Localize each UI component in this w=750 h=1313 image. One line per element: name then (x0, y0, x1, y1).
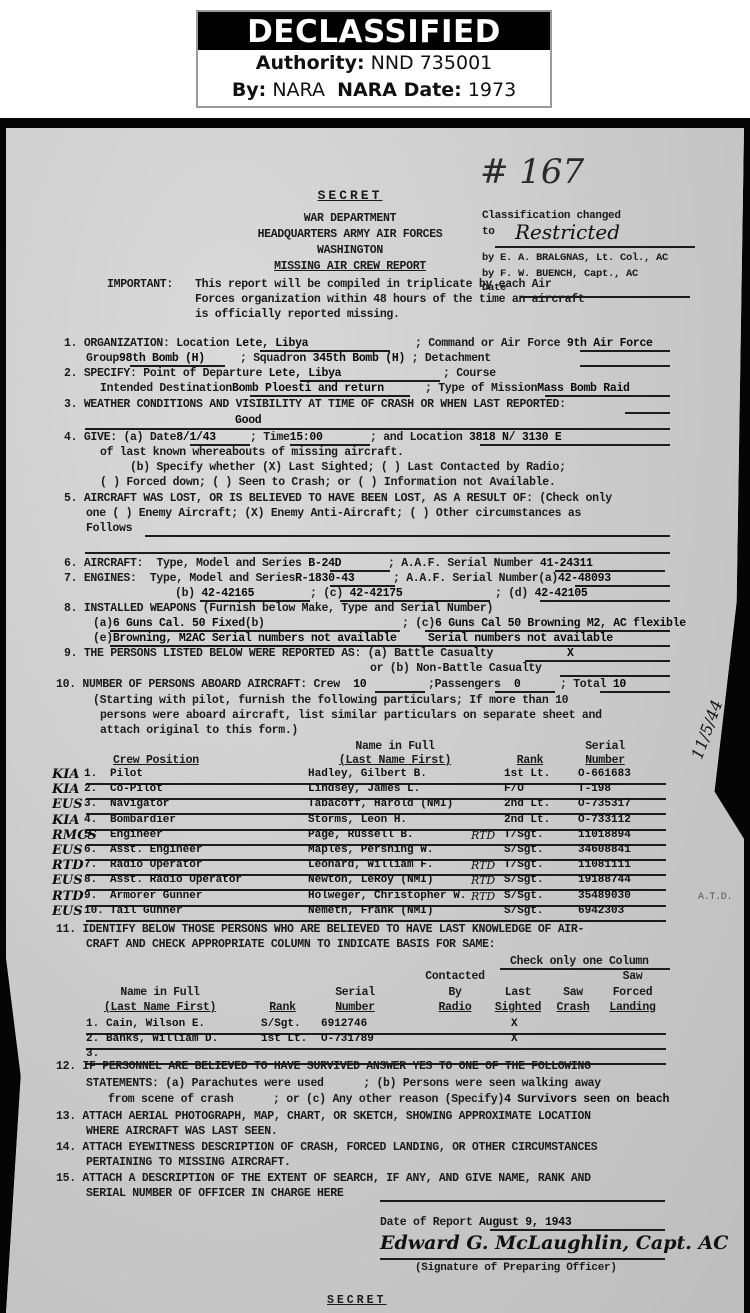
i11-header-name-bottom: (Last Name First) (95, 1001, 225, 1014)
crew-position: Asst. Radio Operator (110, 874, 242, 886)
header-line3: WASHINGTON (250, 244, 450, 257)
rule (560, 675, 670, 677)
item8-e: (e)Browning, M2AC Serial numbers not ava… (93, 632, 397, 645)
witness-num: 3. (86, 1048, 99, 1060)
item4-line2: of last known whereabouts of missing air… (100, 446, 404, 459)
crew-serial: 6942303 (578, 905, 624, 917)
crew-num: 3. (84, 798, 97, 810)
item5-line3: Follows (86, 522, 132, 535)
i11-header-forced-bottom: Landing (600, 1001, 665, 1014)
rule (480, 444, 670, 446)
witness-last-sighted-mark: X (511, 1018, 518, 1030)
crew-name: Storms, Leon H. (308, 814, 407, 826)
item4-line4: ( ) Forced down; ( ) Seen to Crash; or (… (100, 476, 555, 489)
item1-command: ; Command or Air Force 9th Air Force (415, 337, 653, 350)
crew-name: Nemeth, Frank (NMI) (308, 905, 433, 917)
item13-line2: WHERE AIRCRAFT WAS LAST SEEN. (86, 1125, 277, 1138)
handwritten-file-number: # 167 (480, 152, 584, 192)
crew-name: Lindsey, James L. (308, 783, 420, 795)
i11-header-radio-bottom: Radio (425, 1001, 485, 1014)
i11-header-forced-mid: Forced (600, 986, 665, 999)
item11-check-note: Check only one Column (510, 955, 649, 968)
crew-serial: 19188744 (578, 874, 631, 886)
crew-num: 8. (84, 874, 97, 886)
stamp-title: DECLASSIFIED (198, 12, 550, 50)
item1-squadron: ; Squadron 345th Bomb (H) ; Detachment (240, 352, 491, 365)
reclass-by1: by E. A. BRALGNAS, Lt. Col., AC (482, 252, 668, 264)
crew-position: Bombardier (110, 814, 176, 826)
witness-num: 1. (86, 1018, 99, 1030)
crew-status-annotation: RTD (52, 889, 84, 904)
item8-label: 8. INSTALLED WEAPONS (Furnish below Make… (64, 602, 493, 615)
item9-b: or (b) Non-Battle Casualty (370, 662, 542, 675)
crew-header-serial-top: Serial (570, 740, 640, 753)
crew-num: 5. (84, 829, 97, 841)
crew-name: Leonard, William F. (308, 859, 433, 871)
crew-rank: S/Sgt. (504, 874, 544, 886)
item4-date: 4. GIVE: (a) Date8/1/43 (64, 431, 216, 444)
item12-line3: from scene of crash ; or (c) Any other r… (108, 1093, 669, 1106)
item2-destination: Intended DestinationBomb Ploesti and ret… (100, 382, 384, 395)
important-line2: Forces organization within 48 hours of t… (195, 293, 584, 306)
item11-line2: CRAFT AND CHECK APPROPRIATE COLUMN TO IN… (86, 938, 495, 951)
crew-serial: 34608841 (578, 844, 631, 856)
rule (600, 691, 670, 693)
crew-num: 1. (84, 768, 97, 780)
witness-name: Cain, Wilson E. (106, 1018, 205, 1030)
signature-caption: (Signature of Preparing Officer) (415, 1262, 617, 1274)
item1-label: 1. ORGANIZATION: Location Lete, Libya (64, 337, 308, 350)
crew-header-name-top: Name in Full (330, 740, 460, 753)
witness-num: 2. (86, 1033, 99, 1045)
rule (545, 395, 670, 397)
crew-header-serial-bottom: Number (570, 754, 640, 767)
important-line3: is officially reported missing. (195, 308, 400, 321)
stamp-by: By: NARA NARA Date: 1973 (198, 77, 550, 104)
i11-header-forced-top: Saw (600, 970, 665, 983)
crew-header-name-bottom: (Last Name First) (325, 754, 465, 767)
handwritten-right-note: A.T.D. (698, 892, 732, 903)
crew-name: Holweger, Christopher W. (308, 890, 466, 902)
crew-num: 6. (84, 844, 97, 856)
item7-b: (b) 42-42165 (175, 587, 254, 600)
header-line2: HEADQUARTERS ARMY AIR FORCES (230, 228, 470, 241)
crew-status-annotation: EUS (52, 797, 83, 812)
i11-header-crash-top: Saw (548, 986, 598, 999)
declassified-stamp: DECLASSIFIED Authority: NND 735001 By: N… (196, 10, 552, 108)
item5-line2: one ( ) Enemy Aircraft; (X) Enemy Anti-A… (86, 507, 581, 520)
crew-rank: F/O (504, 783, 524, 795)
crew-position: Co-Pilot (110, 783, 163, 795)
rule (250, 395, 410, 397)
rule (625, 412, 670, 414)
crew-status-annotation: KIA (52, 782, 79, 797)
crew-header-rank: Rank (500, 754, 560, 767)
i11-header-name-top: Name in Full (95, 986, 225, 999)
i11-header-rank: Rank (255, 1001, 310, 1014)
crew-position: Asst. Engineer (110, 844, 202, 856)
reclass-to-value: Restricted (515, 220, 620, 244)
i11-header-serial-top: Serial (320, 986, 390, 999)
rule (575, 585, 670, 587)
crew-name: Maples, Pershing W. (308, 844, 433, 856)
rule (495, 246, 695, 248)
item8-f: Serial numbers not available (428, 632, 613, 645)
crew-name: Tabacoff, Harold (NMI) (308, 798, 453, 810)
item7-serial-a: ; A.A.F. Serial Number(a)42-48093 (393, 572, 611, 585)
i11-header-radio-top: Contacted (415, 970, 495, 983)
item7-d: ; (d) 42-42105 (495, 587, 587, 600)
witness-rank: 1st Lt. (261, 1033, 307, 1045)
i11-header-sighted-top: Last (488, 986, 548, 999)
rule (85, 428, 670, 430)
important-line1: This report will be compiled in triplica… (195, 278, 551, 291)
item14-line2: PERTAINING TO MISSING AIRCRAFT. (86, 1156, 291, 1169)
crew-name: Page, Russell B. (308, 829, 414, 841)
i11-header-serial-bottom: Number (320, 1001, 390, 1014)
item12-line1: 12. IF PERSONNEL ARE BELIEVED TO HAVE SU… (56, 1060, 591, 1073)
crew-status-annotation: KIA (52, 767, 79, 782)
crew-note: RTD (471, 829, 495, 842)
crew-status-annotation: EUS (52, 904, 83, 919)
item15-line2: SERIAL NUMBER OF OFFICER IN CHARGE HERE (86, 1187, 343, 1200)
item4-location: ; and Location 3818 N/ 3130 E (370, 431, 561, 444)
crew-position: Pilot (110, 768, 143, 780)
witness-serial: 6912746 (321, 1018, 367, 1030)
item2-course: ; Course (443, 367, 496, 380)
crew-table-row: 10.Tail GunnerNemeth, Frank (NMI)S/Sgt.6… (86, 905, 666, 922)
rule (540, 600, 670, 602)
witness-last-sighted-mark: X (511, 1033, 518, 1045)
i11-header-radio-mid: By (425, 986, 485, 999)
crew-serial: O-735317 (578, 798, 631, 810)
item1-group: Group98th Bomb (H) (86, 352, 205, 365)
rule (375, 691, 425, 693)
report-date: Date of Report August 9, 1943 (380, 1216, 571, 1229)
rule (580, 365, 670, 367)
crew-name: Hadley, Gilbert B. (308, 768, 427, 780)
crew-position: Armorer Gunner (110, 890, 202, 902)
crew-rank: T/Sgt. (504, 829, 544, 841)
header-line1: WAR DEPARTMENT (250, 212, 450, 225)
crew-num: 10. (84, 905, 104, 917)
crew-position: Tail Gunner (110, 905, 183, 917)
crew-rank: 2nd Lt. (504, 814, 550, 826)
item5-line1: 5. AIRCRAFT WAS LOST, OR IS BELIEVED TO … (64, 492, 612, 505)
witness-serial: O-731789 (321, 1033, 374, 1045)
crew-num: 4. (84, 814, 97, 826)
item3-label: 3. WEATHER CONDITIONS AND VISIBILITY AT … (64, 398, 566, 411)
crew-status-annotation: EUS (52, 843, 83, 858)
crew-serial: 11018894 (578, 829, 631, 841)
crew-position: Radio Operator (110, 859, 202, 871)
item4-line3: (b) Specify whether (X) Last Sighted; ( … (130, 461, 566, 474)
crew-serial: O-733112 (578, 814, 631, 826)
item9-battle-mark: X (567, 647, 574, 660)
item12-line2: STATEMENTS: (a) Parachutes were used ; (… (86, 1077, 601, 1090)
crew-status-annotation: EUS (52, 873, 83, 888)
item10-note1: (Starting with pilot, furnish the follow… (93, 694, 568, 707)
important-label: IMPORTANT: (107, 278, 173, 291)
item8-a: (a)6 Guns Cal. 50 Fixed(b) (93, 617, 265, 630)
crew-rank: 2nd Lt. (504, 798, 550, 810)
rule (85, 552, 670, 554)
rule (145, 535, 670, 537)
i11-header-crash-bottom: Crash (548, 1001, 598, 1014)
item10-note3: attach original to this form.) (100, 724, 298, 737)
item2-departure: 2. SPECIFY: Point of Departure Lete, Lib… (64, 367, 341, 380)
crew-note: RTD (471, 890, 495, 903)
item10-passengers: ;Passengers 0 (428, 678, 520, 691)
item6-type: 6. AIRCRAFT: Type, Model and Series B-24… (64, 557, 341, 570)
report-title: MISSING AIR CREW REPORT (230, 260, 470, 273)
item4-time: ; Time15:00 (250, 431, 323, 444)
item10-note2: persons were aboard aircraft, list simil… (100, 709, 602, 722)
crew-position: Engineer (110, 829, 163, 841)
item7-type: 7. ENGINES: Type, Model and SeriesR-1830… (64, 572, 354, 585)
classification-bottom: SECRET (327, 1294, 386, 1307)
officer-signature: Edward G. McLaughlin, Capt. AC (380, 1232, 728, 1254)
witness-name: Banks, William D. (106, 1033, 218, 1045)
rule (580, 350, 670, 352)
item3-value: Good (235, 414, 261, 427)
item6-serial: ; A.A.F. Serial Number 41-24311 (388, 557, 593, 570)
crew-note: RTD (471, 874, 495, 887)
item9-label: 9. THE PERSONS LISTED BELOW WERE REPORTE… (64, 647, 493, 660)
item14-line1: 14. ATTACH EYEWITNESS DESCRIPTION OF CRA… (56, 1141, 597, 1154)
crew-serial: T-198 (578, 783, 611, 795)
witness-rank: S/Sgt. (261, 1018, 301, 1030)
crew-status-annotation: RTD (52, 858, 84, 873)
crew-serial: 11081111 (578, 859, 631, 871)
crew-name: Newton, LeRoy (NMI) (308, 874, 433, 886)
crew-rank: T/Sgt. (504, 859, 544, 871)
item13-line1: 13. ATTACH AERIAL PHOTOGRAPH, MAP, CHART… (56, 1110, 591, 1123)
crew-serial: O-661683 (578, 768, 631, 780)
rule (495, 691, 555, 693)
crew-num: 7. (84, 859, 97, 871)
crew-header-position: Crew Position (113, 754, 199, 767)
crew-rank: S/Sgt. (504, 844, 544, 856)
item10-total: ; Total 10 (560, 678, 626, 691)
rule (525, 660, 670, 662)
item11-line1: 11. IDENTIFY BELOW THOSE PERSONS WHO ARE… (56, 923, 584, 936)
item8-c: ; (c)6 Guns Cal 50 Browning M2, AC flexi… (402, 617, 686, 630)
item2-mission: ; Type of MissionMass Bomb Raid (425, 382, 630, 395)
classification-top: SECRET (270, 188, 430, 203)
crew-note: RTD (471, 859, 495, 872)
crew-serial: 35489030 (578, 890, 631, 902)
stamp-authority: Authority: NND 735001 (198, 50, 550, 77)
i11-header-sighted-bottom: Sighted (488, 1001, 548, 1014)
rule (380, 1258, 665, 1260)
reclass-to-label: to (482, 226, 495, 238)
crew-position: Navigator (110, 798, 169, 810)
crew-rank: S/Sgt. (504, 890, 544, 902)
crew-status-annotation: KIA (52, 813, 79, 828)
rule (380, 1200, 665, 1202)
crew-rank: S/Sgt. (504, 905, 544, 917)
rule (490, 1229, 665, 1231)
crew-rank: 1st Lt. (504, 768, 550, 780)
item10-label: 10. NUMBER OF PERSONS ABOARD AIRCRAFT: C… (56, 678, 366, 691)
crew-num: 9. (84, 890, 97, 902)
crew-num: 2. (84, 783, 97, 795)
item7-c: ; (c) 42-42175 (310, 587, 402, 600)
item15-line1: 15. ATTACH A DESCRIPTION OF THE EXTENT O… (56, 1172, 591, 1185)
